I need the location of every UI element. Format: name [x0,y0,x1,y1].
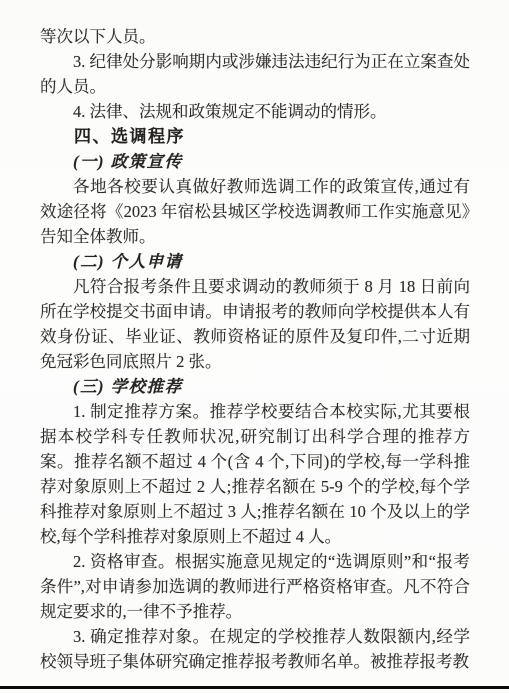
paragraph: 2. 资格审查。根据实施意见规定的“选调原则”和“报考条件”,对申请参加选调的教… [40,549,470,624]
paragraph: 3. 纪律处分影响期内或涉嫌违法违纪行为正在立案查处的人员。 [40,49,470,99]
subsection-heading: (一) 政策宣传 [40,149,470,174]
document-text-column: 等次以下人员。3. 纪律处分影响期内或涉嫌违法违纪行为正在立案查处的人员。4. … [40,24,470,674]
page-bottom-edge [0,686,509,689]
paragraph: 3. 确定推荐对象。在规定的学校推荐人数限额内,经学校领导班子集体研究确定推荐报… [40,624,470,674]
section-heading: 四、选调程序 [40,124,470,149]
paragraph: 等次以下人员。 [40,24,470,49]
subsection-heading: (三) 学校推荐 [40,374,470,399]
paragraph: 1. 制定推荐方案。推荐学校要结合本校实际,尤其要根据本校学科专任教师状况,研究… [40,399,470,549]
document-page: 等次以下人员。3. 纪律处分影响期内或涉嫌违法违纪行为正在立案查处的人员。4. … [0,0,509,693]
paragraph: 凡符合报考条件且要求调动的教师须于 8 月 18 日前向所在学校提交书面申请。申… [40,274,470,374]
paragraph: 4. 法律、法规和政策规定不能调动的情形。 [40,99,470,124]
paragraph: 各地各校要认真做好教师选调工作的政策宣传,通过有效途径将《2023 年宿松县城区… [40,174,470,249]
subsection-heading: (二) 个人申请 [40,249,470,274]
